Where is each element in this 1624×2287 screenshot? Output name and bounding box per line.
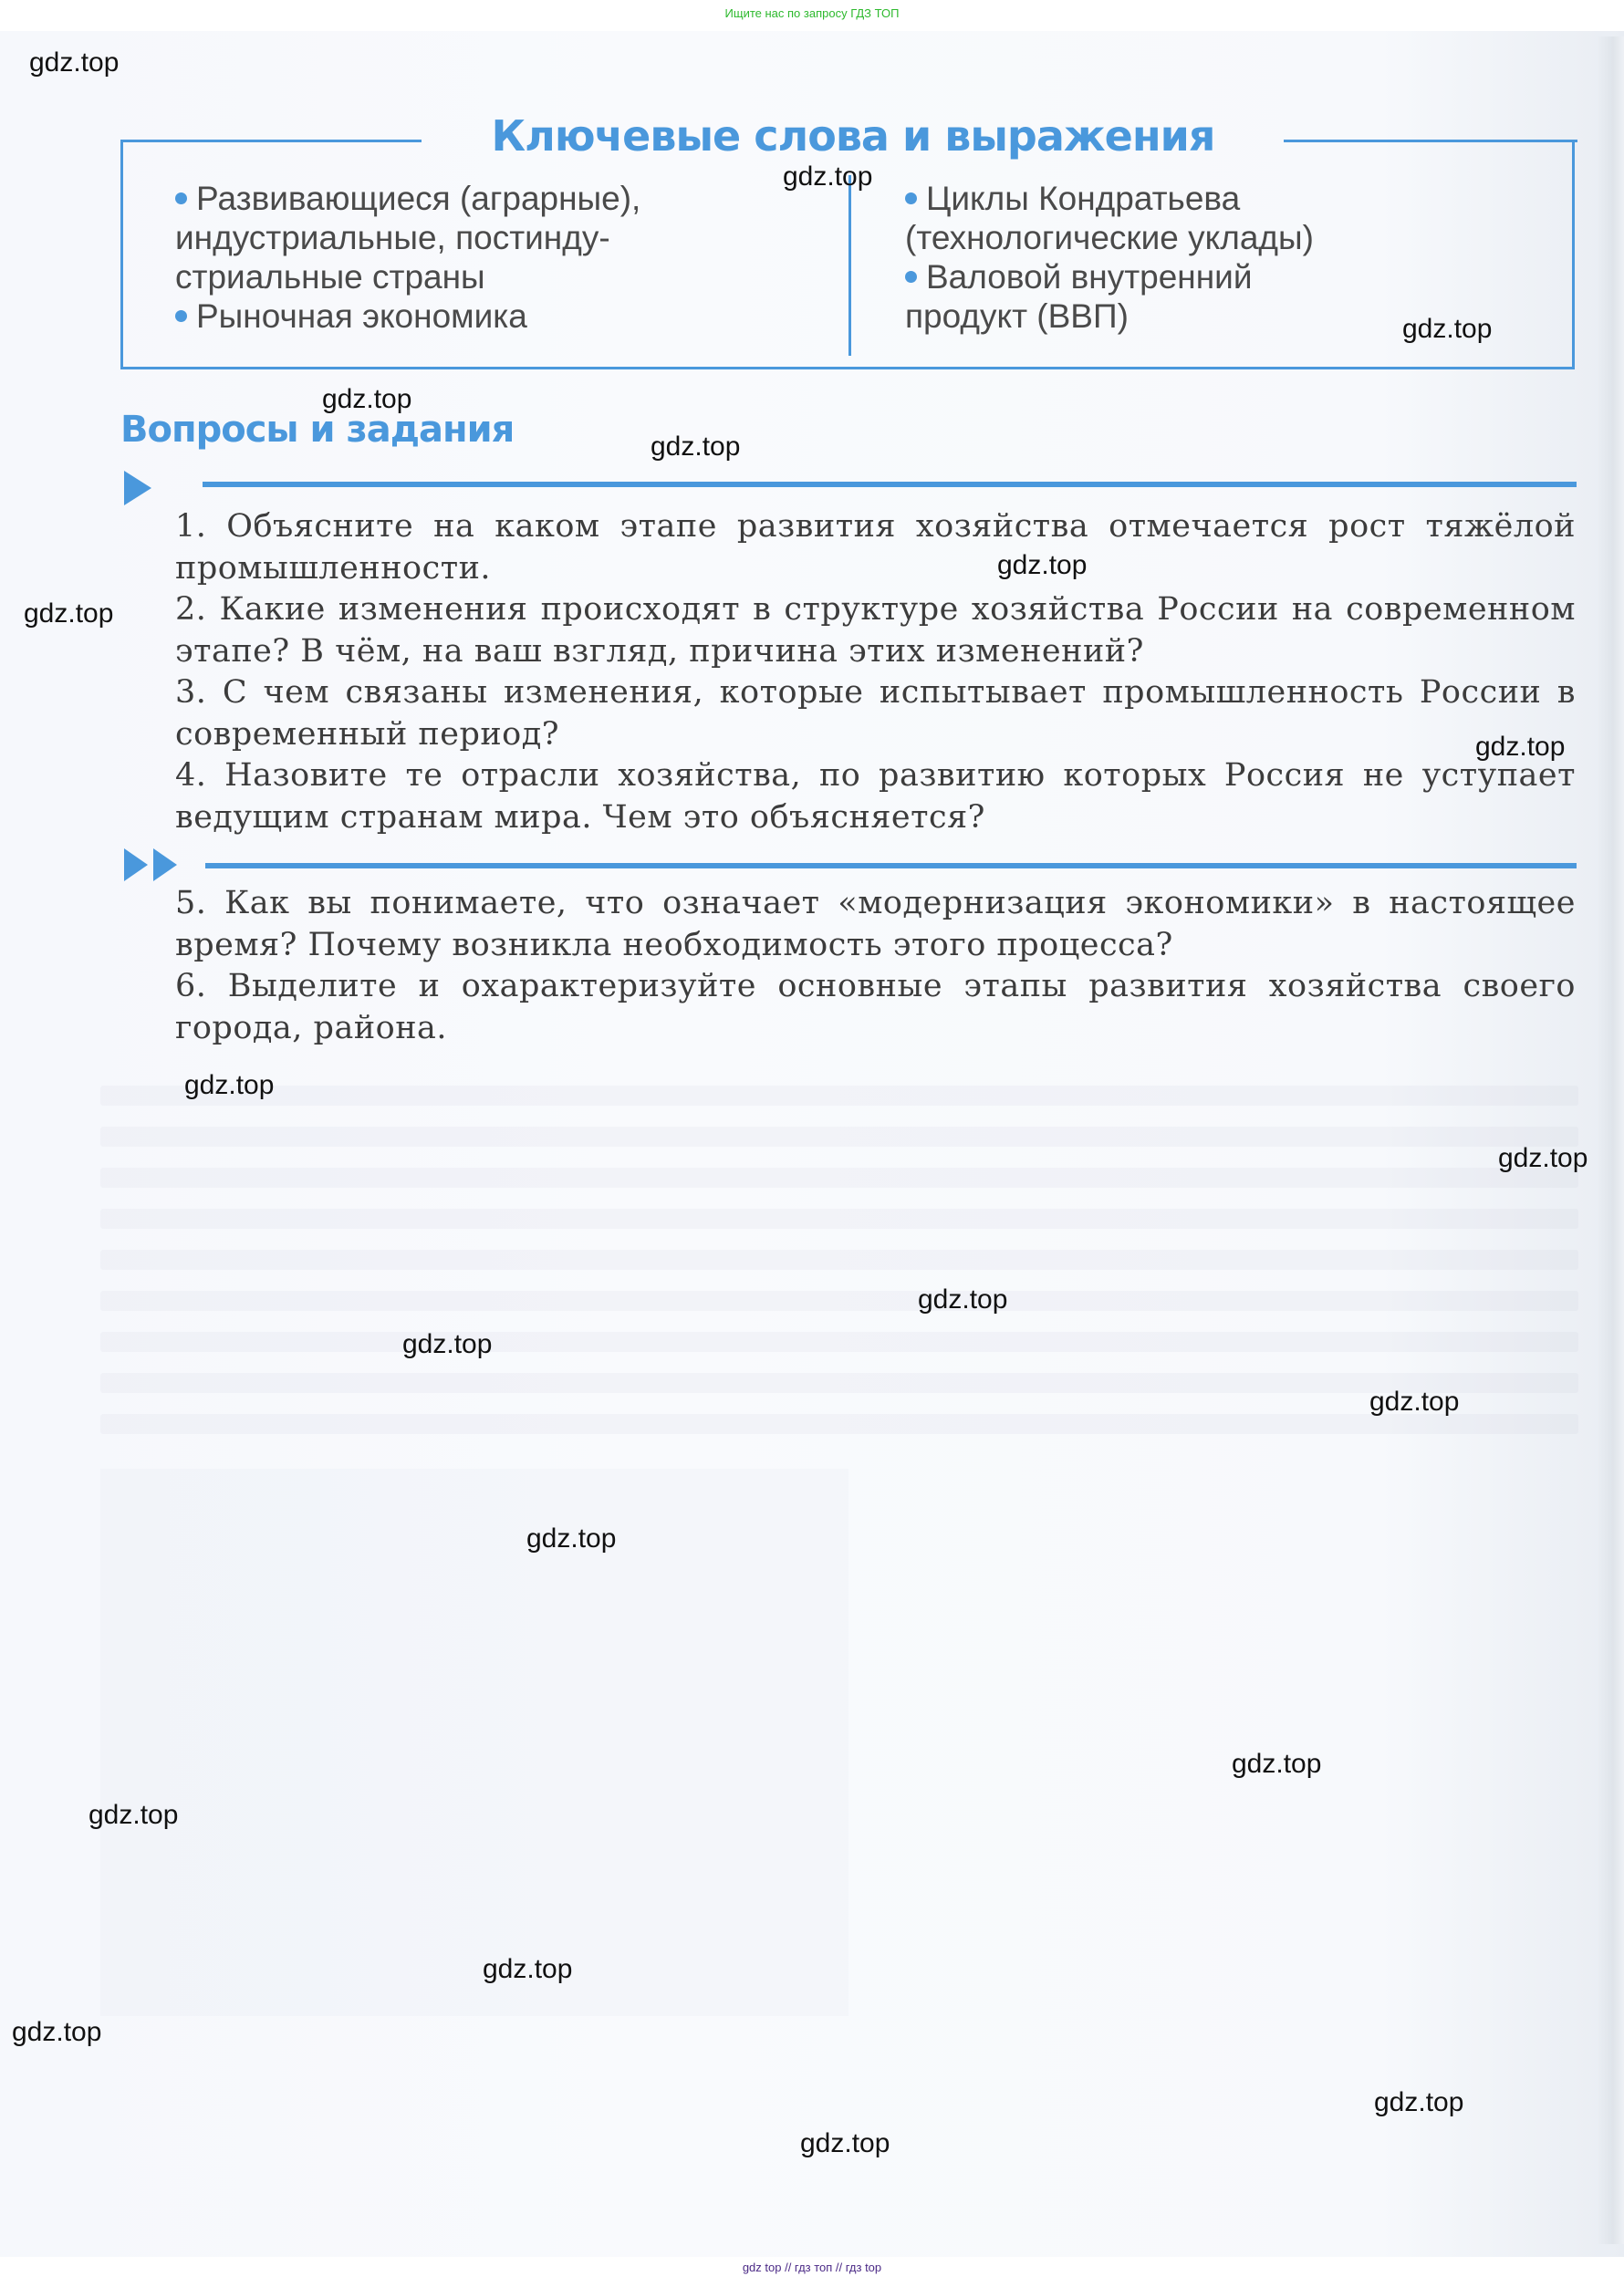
keyword-item: Циклы Кондратьева	[905, 179, 1562, 218]
keyword-line: Циклы Кондратьева	[926, 180, 1240, 217]
level-one-arrow-icon	[124, 471, 151, 505]
bleed-through-line	[100, 1291, 1578, 1311]
watermark-text: gdz.top	[24, 598, 113, 629]
bullet-icon	[175, 192, 187, 204]
questions-level-two: 5. Как вы понимаете, что означает «модер…	[175, 883, 1576, 1049]
watermark-text: gdz.top	[997, 550, 1087, 581]
keyword-line: Развивающиеся (аграрные),	[196, 180, 640, 217]
keyword-item: Развивающиеся (аграрные),	[175, 179, 832, 218]
watermark-text: gdz.top	[1232, 1749, 1321, 1780]
bleed-through-figure	[100, 1469, 848, 2016]
level-two-arrow-icon	[153, 848, 177, 881]
watermark-text: gdz.top	[88, 1800, 178, 1831]
bleed-through-line	[100, 1250, 1578, 1270]
questions-title: Вопросы и задания	[120, 409, 514, 451]
level-two-arrow-icon	[124, 848, 148, 881]
bleed-through-line	[100, 1414, 1578, 1434]
bullet-icon	[905, 192, 917, 204]
watermark-text: gdz.top	[1475, 732, 1565, 763]
bullet-icon	[905, 271, 917, 283]
watermark-text: gdz.top	[12, 2017, 101, 2048]
watermark-text: gdz.top	[651, 431, 740, 463]
watermark-text: gdz.top	[184, 1070, 274, 1101]
keywords-column-divider	[848, 175, 851, 356]
watermark-text: gdz.top	[918, 1284, 1007, 1315]
bleed-through-line	[100, 1209, 1578, 1229]
keywords-right-column: Циклы Кондратьева (технологические уклад…	[905, 179, 1562, 336]
keyword-line: Рыночная экономика	[196, 297, 527, 335]
top-banner: Ищите нас по запросу ГДЗ ТОП	[0, 0, 1624, 31]
question-item: 6. Выделите и охарактеризуйте основные э…	[175, 966, 1576, 1049]
bleed-through-line	[100, 1168, 1578, 1188]
question-item: 4. Назовите те отрасли хозяйства, по раз…	[175, 755, 1576, 838]
watermark-text: gdz.top	[783, 161, 872, 192]
watermark-text: gdz.top	[402, 1329, 492, 1360]
bullet-icon	[175, 310, 187, 322]
level-two-rule	[205, 863, 1577, 868]
keywords-title: Ключевые слова и выражения	[429, 111, 1277, 161]
watermark-text: gdz.top	[1374, 2087, 1463, 2118]
keyword-item: Рыночная экономика	[175, 296, 832, 336]
bleed-through-line	[100, 1127, 1578, 1147]
question-item: 3. С чем связаны изменения, которые испы…	[175, 672, 1576, 755]
keyword-line-cont: индустриальные, постинду-	[175, 218, 832, 257]
keyword-line-cont: (технологические уклады)	[905, 218, 1562, 257]
bleed-through-line	[100, 1086, 1578, 1106]
keyword-line: Валовой внутренний	[926, 258, 1253, 296]
keyword-line-cont: стриальные страны	[175, 257, 832, 296]
bleed-through-line	[100, 1332, 1578, 1352]
bleed-through-line	[100, 1373, 1578, 1393]
watermark-text: gdz.top	[1402, 314, 1492, 345]
watermark-text: gdz.top	[29, 47, 119, 78]
page-edge-shadow	[1597, 36, 1624, 2244]
watermark-text: gdz.top	[322, 384, 411, 415]
level-one-rule	[203, 482, 1577, 487]
question-item: 2. Какие изменения происходят в структур…	[175, 589, 1576, 672]
watermark-text: gdz.top	[1369, 1387, 1459, 1418]
keyword-item: Валовой внутренний	[905, 257, 1562, 296]
question-item: 5. Как вы понимаете, что означает «модер…	[175, 883, 1576, 966]
watermark-text: gdz.top	[526, 1523, 616, 1554]
watermark-text: gdz.top	[1498, 1143, 1588, 1174]
watermark-text: gdz.top	[800, 2128, 890, 2159]
footer-text: gdz top // гдз топ // гдз top	[0, 2261, 1624, 2274]
question-item: 1. Объясните на каком этапе развития хоз…	[175, 506, 1576, 589]
watermark-text: gdz.top	[483, 1954, 572, 1985]
keywords-left-column: Развивающиеся (аграрные), индустриальные…	[175, 179, 832, 336]
questions-level-one: 1. Объясните на каком этапе развития хоз…	[175, 506, 1576, 838]
